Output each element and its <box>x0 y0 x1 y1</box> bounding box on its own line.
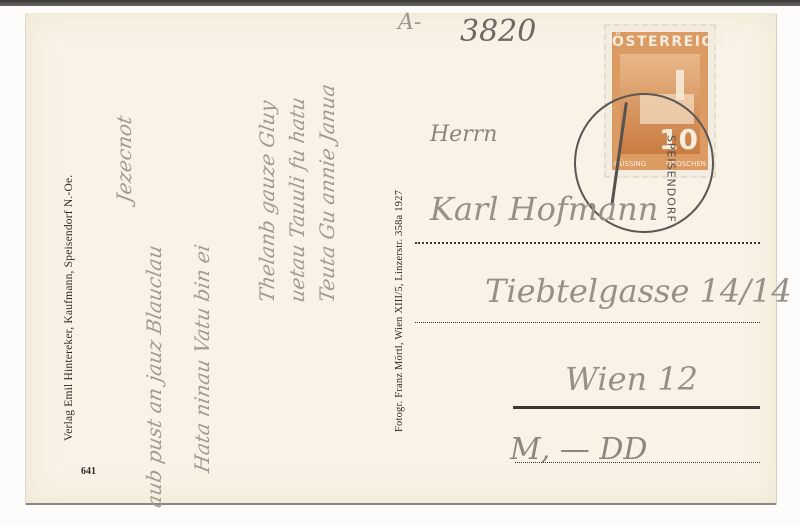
church-tower-icon <box>676 70 684 100</box>
address-street: Tiebtelgasse 14/14 <box>485 272 792 310</box>
address-name: Karl Hofmann <box>430 190 658 228</box>
postmark-text: SPEISENDORF <box>665 135 678 223</box>
message-line: Teuta Gu annie Janua <box>315 82 339 304</box>
publisher-imprint: Verlag Emil Hintereker, Kaufmann, Speise… <box>63 175 75 441</box>
message-line: Jezecnot <box>112 114 136 205</box>
address-line-2 <box>415 322 760 323</box>
address-city: Wien 12 <box>565 360 698 398</box>
address-line-3 <box>515 462 760 463</box>
message-line: Hata ninau Vatu bin ei <box>190 243 214 475</box>
message-line: aub pust an jauz Blauclau <box>142 243 166 509</box>
archive-code-number: 3820 <box>460 14 536 49</box>
address-underline <box>513 406 760 409</box>
message-line: Thelanb gauze Gluy <box>255 99 279 305</box>
message-line: uetau Tauuli fu hatu <box>285 95 309 304</box>
scanner-border <box>0 0 800 6</box>
address-salutation: Herrn <box>430 122 497 147</box>
photographer-imprint: Fotogr. Franz Mörtl, Wien XIII/5, Linzer… <box>394 190 405 432</box>
serial-number: 641 <box>81 466 96 477</box>
archive-code-prefix: A- <box>398 10 421 35</box>
stamp-country: ÖSTERREICH <box>612 34 708 50</box>
address-line-1 <box>415 242 760 244</box>
